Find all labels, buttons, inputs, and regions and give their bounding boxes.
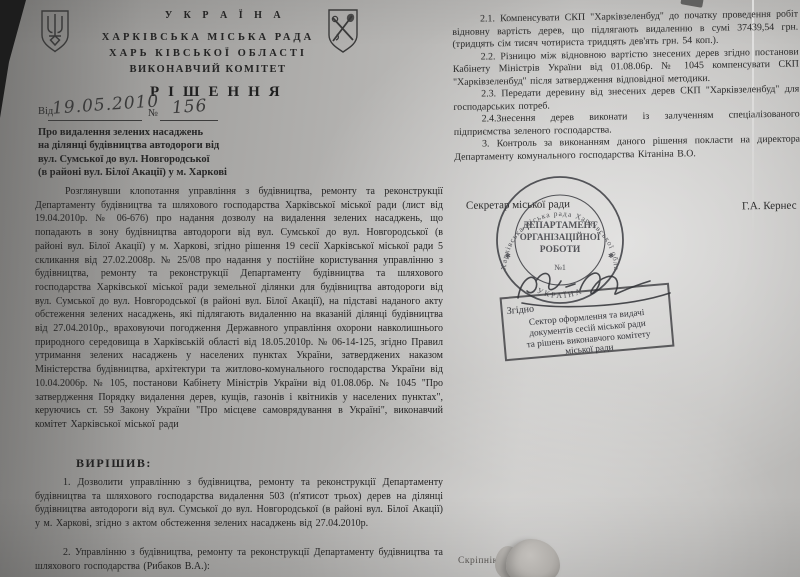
handwritten-date: 19.05.2010 bbox=[51, 91, 159, 118]
subject-block: Про видалення зелених насаджень на ділян… bbox=[38, 126, 338, 180]
resolution-item-1: 1. Дозволити управлінню з будівництва, р… bbox=[35, 476, 443, 531]
ukraine-trident-emblem-icon bbox=[38, 9, 72, 55]
resolved-heading: ВИРІШИВ: bbox=[76, 456, 152, 471]
committee-name: ВИКОНАВЧИЙ КОМІТЕТ bbox=[88, 64, 328, 75]
council-name: ХАРКІВСЬКА МІСЬКА РАДА bbox=[88, 32, 328, 43]
date-underline bbox=[48, 120, 142, 121]
preamble-paragraph: Розглянувши клопотання управління з буді… bbox=[35, 185, 443, 432]
resolution-item-3: 3. Контроль за виконанням даного рішення… bbox=[454, 134, 800, 164]
resolution-item-2-1: 2.1. Компенсувати СКП "Харківзеленбуд" д… bbox=[452, 9, 799, 52]
handwritten-signature-icon bbox=[512, 266, 678, 312]
document-photo: У К Р А Ї Н А ХАРКІВСЬКА МІСЬКА РАДА ХАР… bbox=[0, 0, 800, 577]
signatory-name: Г.А. Кернес bbox=[742, 200, 797, 213]
subject-line: Про видалення зелених насаджень bbox=[38, 126, 338, 139]
photo-corner-shadow bbox=[0, 0, 30, 122]
number-label: № bbox=[148, 108, 158, 119]
stamp-center-line1: ДЕПАРТАМЕНТ bbox=[523, 221, 598, 231]
number-underline bbox=[160, 120, 218, 121]
subject-line: вул. Сумської до вул. Новгородської bbox=[38, 153, 338, 166]
photographer-thumb bbox=[506, 539, 560, 577]
region-name: ХАРЬ КІВСЬКОЇ ОБЛАСТІ bbox=[88, 48, 328, 59]
stamp-star-separator-icon: ✱ bbox=[608, 252, 614, 260]
stamp-center-line3: РОБОТИ bbox=[540, 245, 581, 255]
resolution-item-2-2: 2.2. Різницю між відновною вартістю знес… bbox=[453, 46, 800, 89]
photo-edge-artifact bbox=[680, 0, 703, 8]
from-label: Від bbox=[38, 106, 53, 117]
stamp-star-separator-icon: ✱ bbox=[505, 252, 511, 260]
page2-column: 2.1. Компенсувати СКП "Харківзеленбуд" д… bbox=[452, 9, 800, 164]
subject-line: (в районі вул. Білої Акації) у м. Харков… bbox=[38, 166, 338, 179]
country-name: У К Р А Ї Н А bbox=[120, 10, 330, 21]
resolution-item-2: 2. Управлінню з будівництва, ремонту та … bbox=[35, 546, 443, 573]
stamp-center-line2: ОРГАНІЗАЦІЙНОЇ bbox=[520, 232, 601, 242]
handwritten-number: 156 bbox=[171, 96, 208, 118]
subject-line: на ділянці будівництва автодороги від bbox=[38, 139, 338, 152]
